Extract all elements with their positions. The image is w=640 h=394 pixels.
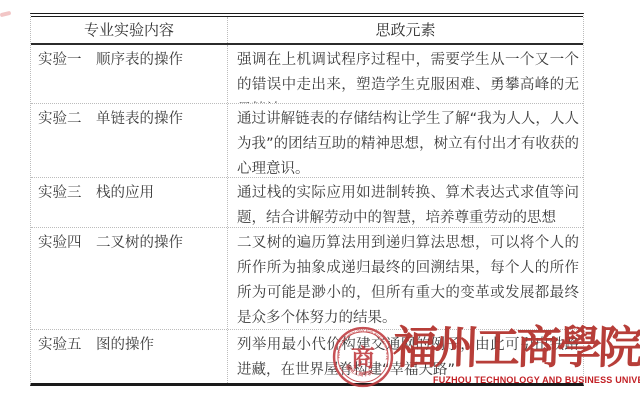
experiment-name: 实验五 图的操作 <box>31 330 228 383</box>
experiment-name: 实验一 顺序表的操作 <box>31 45 228 103</box>
column-header-ideology-elements: 思政元素 <box>228 17 583 43</box>
column-header-experiment-content: 专业实验内容 <box>31 17 228 43</box>
table-row: 实验四 二叉树的操作 二叉树的遍历算法用到递归算法思想，可以将个人的所作所为抽象… <box>31 228 583 330</box>
experiment-name: 实验四 二叉树的操作 <box>31 228 228 329</box>
ideology-text: 通过栈的实际应用如进制转换、算术表达式求值等问题，结合讲解劳动中的智慧，培养尊重… <box>228 178 583 227</box>
document-page: 专业实验内容 思政元素 实验一 顺序表的操作 强调在上机调试程序过程中，需要学生… <box>0 0 640 394</box>
university-seal-icon: FUZHOU TECHNOLOGY AND BUSINESS UNIVERSIT… <box>332 326 394 388</box>
table-row: 实验一 顺序表的操作 强调在上机调试程序过程中，需要学生从一个又一个的错误中走出… <box>31 45 583 104</box>
experiment-name: 实验二 单链表的操作 <box>31 104 228 177</box>
ideology-text: 强调在上机调试程序过程中，需要学生从一个又一个的错误中走出来，塑造学生克服困难、… <box>228 45 583 103</box>
seal-center-character: 商 <box>351 344 375 372</box>
university-name-calligraphy: 福州工商學院 <box>392 318 640 380</box>
experiment-name: 实验三 栈的应用 <box>31 178 228 227</box>
ideology-text: 通过讲解链表的存储结构让学生了解“我为人人，人人为我”的团结互助的精神思想，树立… <box>228 104 583 177</box>
table-row: 实验三 栈的应用 通过栈的实际应用如进制转换、算术表达式求值等问题，结合讲解劳动… <box>31 178 583 228</box>
university-name-english: FUZHOU TECHNOLOGY AND BUSINESS UNIVERSIT… <box>433 375 640 385</box>
red-pen-mark <box>0 11 11 18</box>
table-header-row: 专业实验内容 思政元素 <box>31 17 583 45</box>
ideology-text: 二叉树的遍历算法用到递归算法思想，可以将个人的所作所为抽象成递归最终的回溯结果，… <box>228 228 583 329</box>
table-row: 实验二 单链表的操作 通过讲解链表的存储结构让学生了解“我为人人，人人为我”的团… <box>31 104 583 178</box>
